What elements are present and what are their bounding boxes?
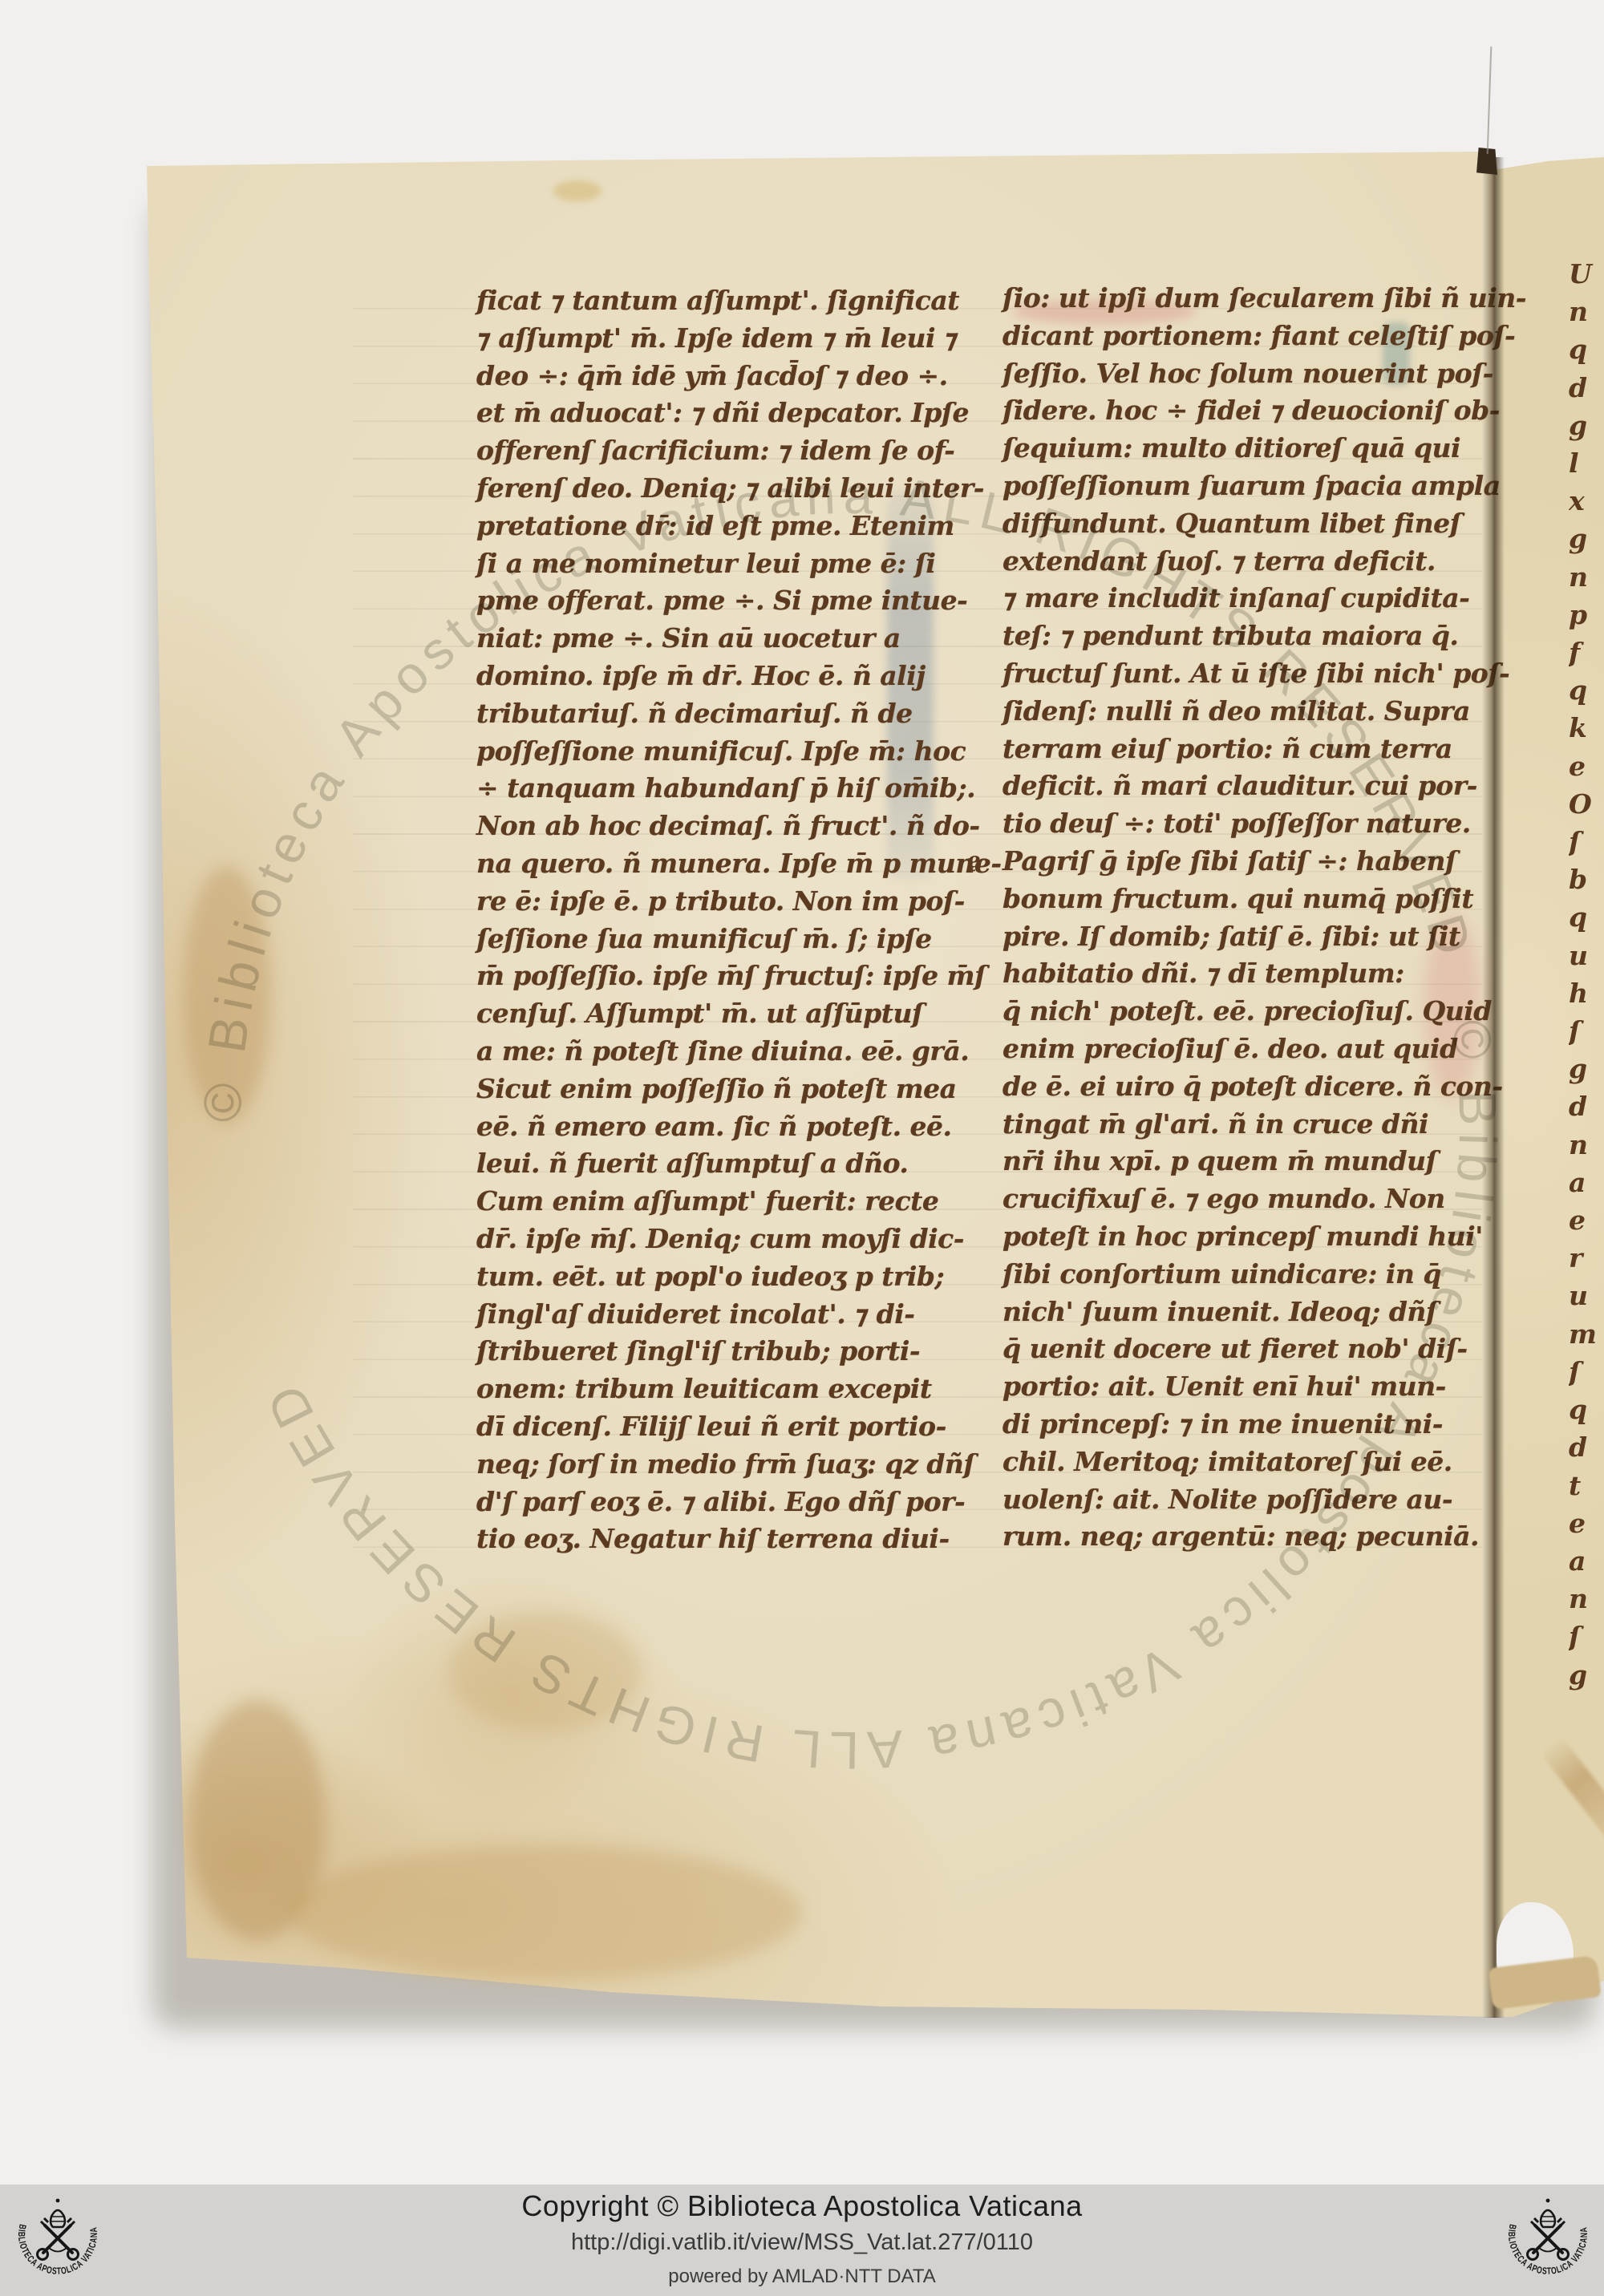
manuscript-line: dicant portionem: fiant celeſtiſ poſ-: [1003, 318, 1456, 355]
manuscript-line: ſingl'aſ diuideret incolat'. ⁊ di-: [476, 1296, 938, 1334]
footer-bar: BIBLIOTECA APOSTOLICA VATICANA Copyright…: [0, 2185, 1604, 2296]
manuscript-line: ſio: ut ipſi dum ſecularem ſibi ñ uin-: [1003, 280, 1456, 318]
line-fragment: u: [1569, 1277, 1604, 1314]
manuscript-line: leui. ñ fuerit aſſumptuſ a dño.: [476, 1145, 938, 1183]
footer-copyright: Copyright © Biblioteca Apostolica Vatica…: [0, 2189, 1604, 2223]
line-fragment: t: [1569, 1467, 1604, 1504]
line-fragment: U: [1569, 255, 1604, 293]
line-fragment: f: [1569, 634, 1604, 671]
line-fragment: g: [1569, 1050, 1604, 1087]
manuscript-line: poſſeſſione munificuſ. Ipſe m̄: hoc: [476, 733, 938, 771]
manuscript-line: uolenſ: ait. Nolite poſſidere au-: [1003, 1481, 1456, 1519]
manuscript-line: eē. ñ emero eam. ſic ñ poteſt. eē.: [476, 1108, 938, 1146]
manuscript-line: nich' ſuum inuenit. Ideoq; dñſ: [1003, 1294, 1456, 1331]
manuscript-line: q̄ nich' poteſt. eē. precioſiuſ. Quid: [1003, 993, 1456, 1031]
line-fragment: ſ: [1569, 823, 1604, 860]
manuscript-line: ſequium: multo ditioreſ quā qui: [1003, 430, 1456, 468]
line-fragment: q: [1569, 330, 1604, 368]
manuscript-line: habitatio dñi. ⁊ dī templum:: [1003, 955, 1456, 993]
manuscript-line: tum. eēt. ut popl'o iudeoʒ p trib;: [476, 1258, 938, 1296]
parchment-stain: [289, 1844, 802, 1981]
line-fragment: n: [1569, 1126, 1604, 1164]
manuscript-line: dī dicenſ. Filijſ leui ñ erit portio-: [476, 1408, 938, 1446]
manuscript-line: re ē: ipſe ē. p tributo. Non im poſ-: [476, 883, 938, 921]
line-fragment: b: [1569, 860, 1604, 898]
manuscript-line: dr̄. ipſe m̄ſ. Deniq; cum moyſi dic-: [476, 1221, 938, 1258]
line-fragment: n: [1569, 293, 1604, 330]
manuscript-line: offerenſ ſacrificium: ⁊ idem ſe of-: [476, 432, 938, 470]
manuscript-line: nr̄i ihu xpī. p quem m̄ munduſ: [1003, 1143, 1456, 1180]
parchment-stain: [553, 180, 601, 201]
line-fragment: e: [1569, 747, 1604, 785]
manuscript-line: Non ab hoc decimaſ. ñ fruct'. ñ do-: [476, 808, 938, 845]
parchment-stain: [449, 1612, 642, 1732]
line-fragment: ſ: [1569, 1353, 1604, 1391]
manuscript-line: ⁊ mare includit inſanaſ cupidita-: [1003, 580, 1456, 618]
line-fragment: p: [1569, 596, 1604, 634]
manuscript-line: rum. neq; argentū: neq; pecuniā.: [1003, 1518, 1456, 1556]
line-fragment: d: [1569, 1087, 1604, 1125]
manuscript-line: d'ſ parſ eoʒ ē. ⁊ alibi. Ego dñſ por-: [476, 1484, 938, 1521]
manuscript-line: chil. Meritoq; imitatoreſ ſui eē.: [1003, 1444, 1456, 1481]
manuscript-line: tingat m̄ gl'ari. ñ in cruce dñi: [1003, 1106, 1456, 1144]
manuscript-line: domino. ipſe m̄ dr̄. Hoc ē. ñ alij: [476, 658, 938, 695]
line-fragment: u: [1569, 937, 1604, 974]
manuscript-line: tributariuſ. ñ decimariuſ. ñ de: [476, 695, 938, 733]
manuscript-line: neq; ſorſ in medio frm̄ ſuaʒ: qz dñſ: [476, 1446, 938, 1484]
manuscript-line: pire. Iſ domib; ſatiſ ē. ſibi: ut ſit: [1003, 918, 1456, 956]
manuscript-line: cenſuſ. Aſſumpt' m̄. ut aſſūptuſ: [476, 995, 938, 1033]
line-fragment: n: [1569, 1580, 1604, 1618]
manuscript-line: enim precioſiuſ ē. deo. aut quid: [1003, 1031, 1456, 1068]
line-fragment: a: [1569, 1164, 1604, 1201]
manuscript-line: q̄ uenit docere ut fieret nob' diſ-: [1003, 1330, 1456, 1368]
manuscript-line: de ē. ei uiro q̄ poteſt dicere. ñ con-: [1003, 1068, 1456, 1106]
papal-tiara-crossed-keys-icon: [1528, 2199, 1569, 2260]
line-fragment: q: [1569, 898, 1604, 936]
line-fragment: r: [1569, 1239, 1604, 1277]
line-fragment: ſ: [1569, 1012, 1604, 1050]
line-fragment: m: [1569, 1315, 1604, 1353]
line-fragment: O: [1569, 785, 1604, 823]
line-fragment: k: [1569, 709, 1604, 747]
manuscript-line: niat: pme ÷. Sin aū uocetur a: [476, 620, 938, 658]
manuscript-line: di princepſ: ⁊ in me inuenit ni-: [1003, 1406, 1456, 1444]
manuscript-line: et m̄ aduocat': ⁊ dñi depcator. Ipſe: [476, 395, 938, 432]
manuscript-line: onem: tribum leuiticam excepit: [476, 1371, 938, 1408]
manuscript-line: teſ: ⁊ pendunt tributa maiora q̄.: [1003, 618, 1456, 655]
line-fragment: g: [1569, 407, 1604, 444]
manuscript-line: na quero. ñ munera. Ipſe m̄ p mune-: [476, 845, 938, 883]
manuscript-line: poſſeſſionum ſuarum ſpacia ampla: [1003, 468, 1456, 505]
manuscript-line: crucifixuſ ē. ⁊ ego mundo. Non: [1003, 1180, 1456, 1218]
manuscript-line: ficat ⁊ tantum aſſumpt'. ſignificat: [476, 282, 938, 320]
manuscript-line: pme offerat. pme ÷. Si pme intue-: [476, 582, 938, 620]
backdrop-seam: [1487, 47, 1493, 154]
manuscript-line: ſidere. hoc ÷ fidei ⁊ deuocioniſ ob-: [1003, 392, 1456, 430]
line-fragment: g: [1569, 520, 1604, 557]
next-folio-line-fragments: UnqdglxgnpfqkeOſbquhſgdnaerumſqdteanſg: [1569, 255, 1604, 1699]
line-fragment: l: [1569, 444, 1604, 482]
manuscript-line: Pagriſ ḡ ipſe ſibi ſatiſ ÷: habenſ: [1003, 843, 1456, 881]
line-fragment: x: [1569, 482, 1604, 520]
manuscript-line: Sicut enim poſſeſſio ñ poteſt mea: [476, 1071, 938, 1108]
line-fragment: g: [1569, 1656, 1604, 1694]
line-fragment: d: [1569, 1428, 1604, 1466]
manuscript-line: ÷ tanquam habundanſ p̄ hiſ om̄ib;.: [476, 770, 938, 808]
manuscript-line: deo ÷: q̄m̄ idē ym̄ ſacd̄oſ ⁊ deo ÷.: [476, 358, 938, 395]
manuscript-left-column: ficat ⁊ tantum aſſumpt'. ſignificat⁊ aſſ…: [476, 282, 938, 1558]
manuscript-line: tio deuſ ÷: toti' poſſeſſor nature.: [1003, 805, 1456, 843]
line-fragment: e: [1569, 1504, 1604, 1542]
manuscript-line: poteſt in hoc princepſ mundi hui': [1003, 1218, 1456, 1256]
manuscript-line: ſtribueret ſingl'iſ tribub; porti-: [476, 1333, 938, 1371]
footer-url: http://digi.vatlib.it/view/MSS_Vat.lat.2…: [0, 2229, 1604, 2256]
manuscript-line: Cum enim aſſumpt' fuerit: recte: [476, 1183, 938, 1221]
manuscript-line: ferenſ deo. Deniq; ⁊ alibi leui inter-: [476, 470, 938, 508]
manuscript-line: a me: ñ poteſt ſine diuina. eē. grā.: [476, 1033, 938, 1071]
manuscript-line: diffundunt. Quantum libet fineſ: [1003, 505, 1456, 543]
line-fragment: n: [1569, 558, 1604, 596]
manuscript-line: extendant ſuoſ. ⁊ terra deficit.: [1003, 543, 1456, 581]
manuscript-line: portio: ait. Uenit enī hui' mun-: [1003, 1368, 1456, 1406]
manuscript-line: ſeſſio. Vel hoc ſolum nouerint poſ-: [1003, 355, 1456, 393]
parchment-stain: [183, 866, 271, 1123]
footer-powered-by: powered by AMLAD·NTT DATA: [0, 2266, 1604, 2288]
manuscript-line: bonum fructum. qui numq̄ poſſit: [1003, 881, 1456, 918]
book-gutter: [1482, 157, 1505, 2018]
line-fragment: a: [1569, 1542, 1604, 1580]
line-fragment: e: [1569, 1201, 1604, 1239]
manuscript-line: ſi a me nominetur leui pme ē: ſi: [476, 545, 938, 583]
line-fragment: q: [1569, 671, 1604, 709]
manuscript-viewer-screenshot: ficat ⁊ tantum aſſumpt'. ſignificat⁊ aſſ…: [0, 0, 1604, 2296]
manuscript-line: deficit. ñ mari clauditur. cui por-: [1003, 767, 1456, 805]
manuscript-line: m̄ poſſeſſio. ipſe m̄ſ fructuſ: ipſe m̄ſ: [476, 958, 938, 995]
line-fragment: q: [1569, 1391, 1604, 1428]
line-fragment: d: [1569, 369, 1604, 407]
manuscript-line: tio eoʒ. Negatur hiſ terrena diui-: [476, 1521, 938, 1558]
marginal-mark: ę: [967, 848, 981, 873]
manuscript-line: ⁊ aſſumpt' m̄. Ipſe idem ⁊ m̄ leui ⁊: [476, 320, 938, 358]
manuscript-line: ſibi conſortium uindicare: in q̄: [1003, 1256, 1456, 1294]
svg-text:BIBLIOTECA APOSTOLICA VATICANA: BIBLIOTECA APOSTOLICA VATICANA: [1506, 2223, 1590, 2277]
manuscript-line: ſeſſione ſua munificuſ m̄. ſ; ipſe: [476, 921, 938, 958]
manuscript-right-column: ſio: ut ipſi dum ſecularem ſibi ñ uin-di…: [1003, 280, 1456, 1556]
manuscript-line: pretatione dr̄: id eſt pme. Etenim: [476, 508, 938, 545]
manuscript-line: fructuſ ſunt. At ū iſte ſibi nich' poſ-: [1003, 655, 1456, 693]
manuscript-line: ſidenſ: nulli ñ deo militat. Supra: [1003, 693, 1456, 731]
manuscript-line: terram eiuſ portio: ñ cum terra: [1003, 731, 1456, 768]
line-fragment: ſ: [1569, 1618, 1604, 1655]
vatican-library-logo-icon: BIBLIOTECA APOSTOLICA VATICANA: [1500, 2191, 1596, 2289]
line-fragment: h: [1569, 974, 1604, 1012]
